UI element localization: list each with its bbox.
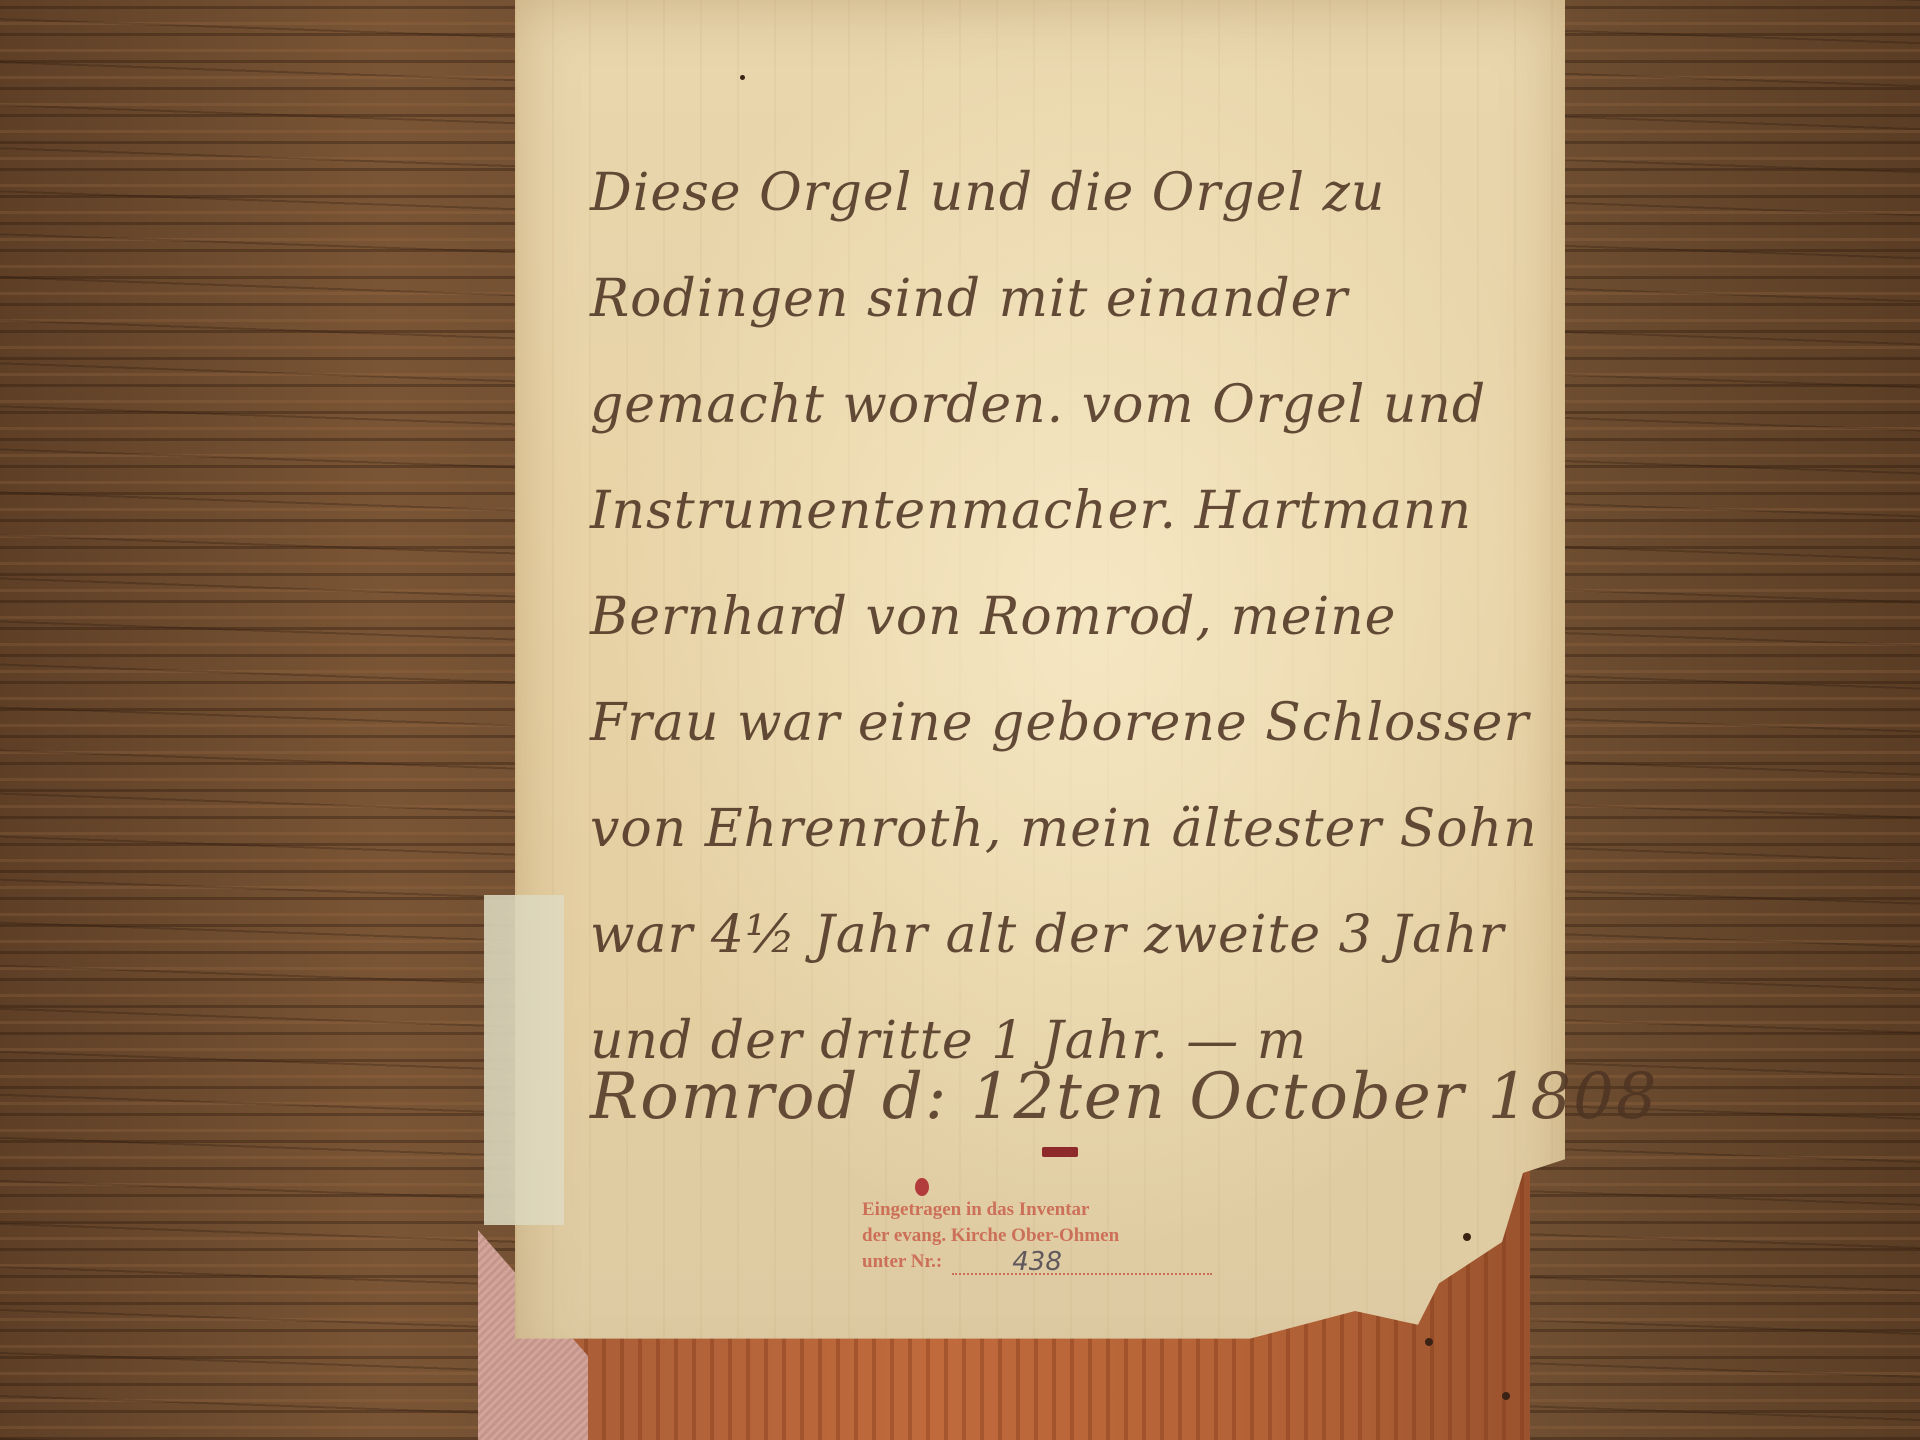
- handwritten-text: Diese Orgel und die Orgel zu Rodingen si…: [590, 140, 1530, 1094]
- wormhole: [1425, 1338, 1433, 1346]
- text-line: Instrumentenmacher. Hartmann: [590, 458, 1530, 564]
- text-line: gemacht worden. vom Orgel und: [590, 352, 1530, 458]
- paper-fold-edge: [484, 895, 564, 1225]
- paper-speck: [740, 75, 745, 80]
- text-line: war 4½ Jahr alt der zweite 3 Jahr: [590, 882, 1530, 988]
- text-line: Frau war eine geborene Schlosser: [590, 670, 1530, 776]
- text-line: von Ehrenroth, mein ältester Sohn: [590, 776, 1530, 882]
- wormhole: [1463, 1233, 1471, 1241]
- stamp-line-3: unter Nr.: 438: [862, 1249, 1212, 1275]
- stamp-label: unter Nr.:: [862, 1249, 942, 1275]
- text-line: Rodingen sind mit einander: [590, 246, 1530, 352]
- wormhole: [1502, 1392, 1510, 1400]
- red-wax-dot: [915, 1178, 929, 1196]
- stamp-text: der evang. Kirche Ober-Ohmen: [862, 1223, 1119, 1249]
- stamp-text: Eingetragen in das Inventar: [862, 1197, 1090, 1223]
- inventory-stamp: Eingetragen in das Inventar der evang. K…: [862, 1197, 1212, 1275]
- red-seal-mark: [1042, 1147, 1078, 1157]
- text-line: Bernhard von Romrod, meine: [590, 564, 1530, 670]
- inventory-number: 438: [1012, 1249, 1062, 1275]
- stamp-line-1: Eingetragen in das Inventar: [862, 1197, 1212, 1223]
- signature-date: Romrod d: 12ten October 1808: [590, 1060, 1659, 1134]
- stamp-number-field: 438: [952, 1251, 1212, 1275]
- stamp-line-2: der evang. Kirche Ober-Ohmen: [862, 1223, 1212, 1249]
- text-line: Diese Orgel und die Orgel zu: [590, 140, 1530, 246]
